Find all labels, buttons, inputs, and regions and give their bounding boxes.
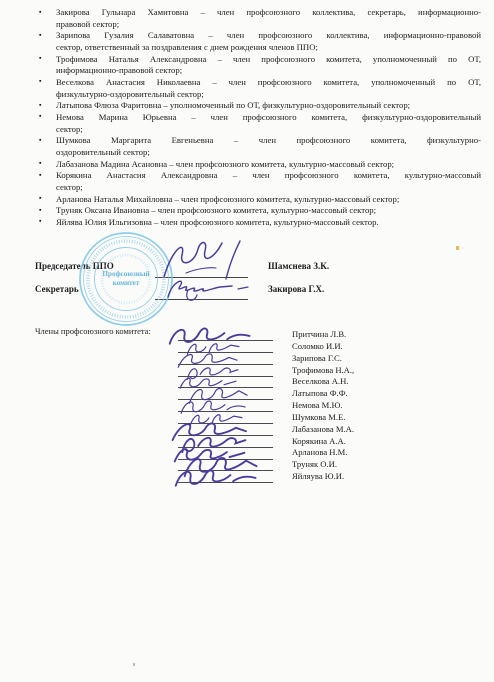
- member-name: Соломко И.И.: [292, 341, 354, 353]
- chairman-signature: [152, 237, 244, 281]
- list-item-line: Труняк Оксана Ивановна – член профсоюзно…: [56, 205, 481, 217]
- list-item-line: физкультурно-оздоровительный сектор;: [56, 89, 481, 101]
- member-name: Веселкова А.Н.: [292, 376, 354, 388]
- list-item: ▪Латыпова Флюза Фаритовна – уполномоченн…: [38, 100, 481, 112]
- list-item-line: оздоровительный сектор;: [56, 147, 481, 159]
- member-signature-line: [178, 364, 273, 365]
- bullet-square-icon: ▪: [39, 76, 41, 88]
- union-round-stamp-icon: Профсоюзный комитет: [76, 229, 176, 329]
- member-name: Трофимова Н.А.,: [292, 365, 354, 377]
- bullet-square-icon: ▪: [39, 216, 41, 228]
- member-signature-line: [178, 423, 273, 424]
- member-signature-line: [178, 376, 273, 377]
- list-item-line: Арланова Наталья Михайловна – член профс…: [56, 194, 481, 206]
- member-signature: [167, 439, 268, 470]
- secretary-title: Секретарь: [35, 284, 79, 294]
- list-item-line: Зарипова Гузалия Салаватовна – член проф…: [56, 30, 481, 42]
- list-item: ▪Немова Марина Юрьевна – член профсоюзно…: [38, 112, 481, 135]
- bullet-square-icon: ▪: [39, 111, 41, 123]
- list-item-line: Лабазанова Мадина Асановна – член профсо…: [56, 159, 481, 171]
- list-item: ▪Лабазанова Мадина Асановна – член профс…: [38, 159, 481, 171]
- member-signature: [180, 381, 261, 409]
- list-item-line: Трофимова Наталья Александровна – член п…: [56, 54, 481, 66]
- member-name: Труняк О.И.: [292, 459, 354, 471]
- list-item-line: Яйлява Юлия Ильгизовна – член профсоюзно…: [56, 217, 481, 229]
- member-signature-line: [178, 470, 273, 471]
- scan-speck: [456, 246, 459, 250]
- stamp-center-text-line2: комитет: [113, 279, 140, 287]
- list-item-line: Шумкова Маргарита Евгеньевна – член проф…: [56, 135, 481, 147]
- list-item-line: Корякина Анастасия Александровна – член …: [56, 170, 481, 182]
- secretary-signature-line: [155, 299, 248, 300]
- member-name: Корякина А.А.: [292, 436, 354, 448]
- member-signature-line: [178, 399, 273, 400]
- secretary-name: Закирова Г.Х.: [268, 284, 324, 294]
- member-signature: [172, 425, 274, 459]
- list-item: ▪Веселкова Анастасия Николаевна – член п…: [38, 77, 481, 100]
- list-item: ▪Корякина Анастасия Александровна – член…: [38, 170, 481, 193]
- chairman-name: Шамснева З.К.: [268, 261, 329, 271]
- member-signature-line: [178, 447, 273, 448]
- list-item-line: информационно-правовой сектор;: [56, 65, 481, 77]
- member-name: Шумкова М.Е.: [292, 412, 354, 424]
- member-name: Зарипова Г.С.: [292, 353, 354, 365]
- list-item-line: сектор;: [56, 182, 481, 194]
- scan-speck: [133, 663, 135, 666]
- bullet-square-icon: ▪: [39, 30, 41, 42]
- bullet-square-icon: ▪: [39, 158, 41, 170]
- list-item-line: Веселкова Анастасия Николаевна – член пр…: [56, 77, 481, 89]
- member-name: Арланова Н.М.: [292, 447, 354, 459]
- member-signature: [162, 321, 263, 352]
- member-signature-line: [178, 435, 273, 436]
- bullet-square-icon: ▪: [39, 100, 41, 112]
- member-signature-line: [178, 411, 273, 412]
- list-item: ▪Арланова Наталья Михайловна – член проф…: [38, 194, 481, 206]
- member-signature-line: [178, 387, 273, 388]
- list-item-line: правовой сектор;: [56, 19, 481, 31]
- member-signature-line: [178, 482, 273, 483]
- member-signature-line: [178, 340, 273, 341]
- chairman-title: Председатель ППО: [35, 261, 114, 271]
- bullet-square-icon: ▪: [39, 53, 41, 65]
- bullet-square-icon: ▪: [39, 135, 41, 147]
- bullet-square-icon: ▪: [39, 170, 41, 182]
- bullet-square-icon: ▪: [39, 7, 41, 19]
- list-item: ▪Закирова Гульнара Хамитовна – член проф…: [38, 7, 481, 30]
- member-name: Яйляува Ю.И.: [292, 471, 354, 483]
- member-name: Притчина Л.В.: [292, 329, 354, 341]
- member-signature-line: [178, 459, 273, 460]
- member-signature: [173, 449, 275, 483]
- bullet-square-icon: ▪: [39, 205, 41, 217]
- scanned-document-page: ▪Закирова Гульнара Хамитовна – член проф…: [0, 0, 494, 682]
- stamp-center-text-line1: Профсоюзный: [102, 270, 149, 278]
- secretary-signature: [158, 275, 256, 305]
- member-name: Немова М.Ю.: [292, 400, 354, 412]
- member-signature: [181, 405, 262, 433]
- list-item: ▪Зарипова Гузалия Салаватовна – член про…: [38, 30, 481, 53]
- list-item-line: сектор;: [56, 124, 481, 136]
- members-list-label: Члены профсоюзного комитета:: [35, 326, 151, 336]
- member-signature: [166, 415, 267, 446]
- list-item: ▪Трофимова Наталья Александровна – член …: [38, 54, 481, 77]
- list-item-line: Латыпова Флюза Фаритовна – уполномоченны…: [56, 100, 481, 112]
- list-item: ▪Труняк Оксана Ивановна – член профсоюзн…: [38, 205, 481, 217]
- member-signature: [168, 463, 269, 494]
- list-item: ▪Шумкова Маргарита Евгеньевна – член про…: [38, 135, 481, 158]
- member-name: Латыпова Ф.Ф.: [292, 388, 354, 400]
- bullet-square-icon: ▪: [39, 193, 41, 205]
- list-item-line: Немова Марина Юрьевна – член профсоюзног…: [56, 112, 481, 124]
- member-names-column: Притчина Л.В.Соломко И.И.Зарипова Г.С.Тр…: [292, 329, 354, 483]
- member-signature: [179, 358, 260, 386]
- member-duties-list: ▪Закирова Гульнара Хамитовна – член проф…: [38, 7, 481, 228]
- member-signature: [178, 334, 259, 362]
- list-item-line: сектор, ответственный за поздравления с …: [56, 42, 481, 54]
- member-name: Лабазанова М.А.: [292, 424, 354, 436]
- list-item: ▪Яйлява Юлия Ильгизовна – член профсоюзн…: [38, 217, 481, 229]
- chairman-signature-line: [155, 277, 248, 278]
- list-item-line: Закирова Гульнара Хамитовна – член профс…: [56, 7, 481, 19]
- member-signature-line: [178, 352, 273, 353]
